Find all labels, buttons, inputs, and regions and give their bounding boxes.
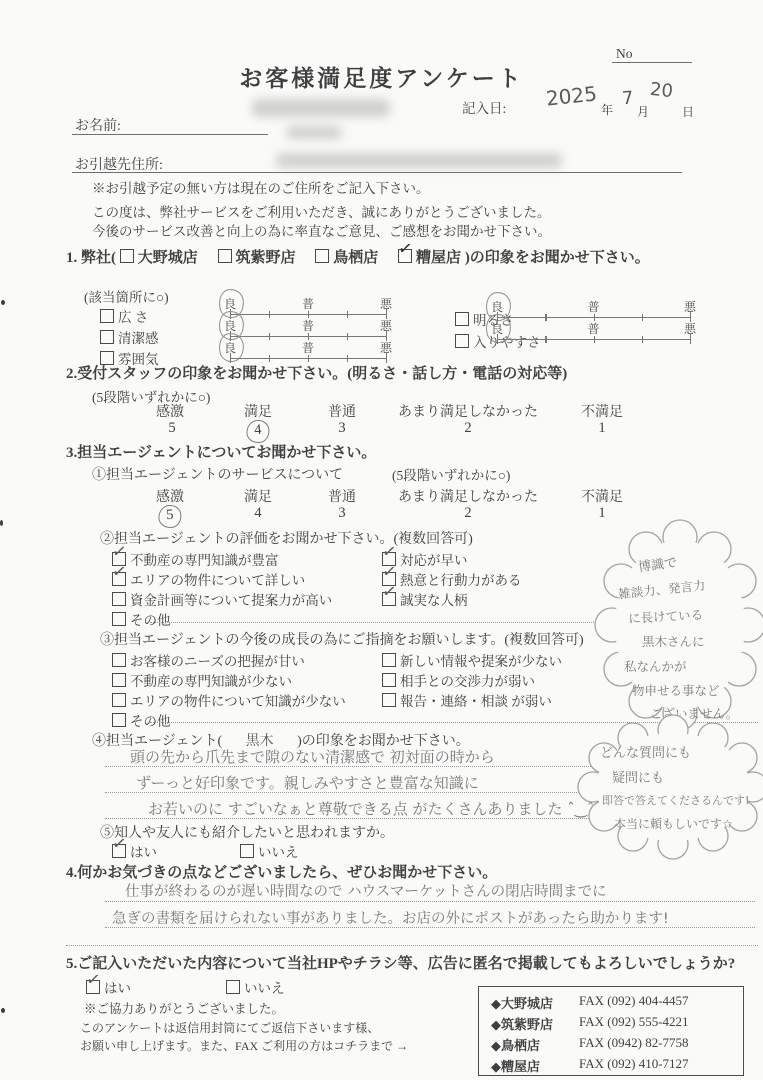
q4-answer-line-2: 急ぎの書類を届けられない事がありました。お店の外にポストがあったら助かります! (112, 907, 669, 928)
q3-s2-other: ✓その他 (112, 609, 171, 629)
redacted-name-2 (286, 126, 342, 139)
date-day-handwriting: 20 (649, 79, 674, 102)
q3-s3-right-1: ✓相手との交渉力が弱い (382, 670, 535, 690)
section-divider (66, 945, 758, 946)
cloud-outline (578, 712, 763, 867)
q3-s3-other: ✓その他 (112, 710, 171, 730)
q3-s5-no: ✓いいえ (240, 841, 299, 861)
name-underline (72, 134, 268, 135)
checkbox: ✓ (382, 592, 396, 606)
date-year-handwriting: 2025 (545, 81, 598, 110)
fax-number-1: FAX (092) 555-4221 (579, 1014, 689, 1030)
checkbox-yes: ✓ (86, 980, 100, 994)
address-underline (72, 172, 682, 173)
q3-s5-heading: ⑤知人や友人にも紹介したいと思われますか。 (100, 822, 394, 842)
address-label: お引越先住所: (75, 154, 163, 174)
checkbox-seiketsukan: ✓ (100, 330, 114, 344)
handwritten-cloud-note-1: 博識で 雑談力、発言力 に長けている 黒木さんに 私なんかが 物申せる事など ご… (594, 520, 763, 732)
year-unit: 年 (601, 101, 613, 118)
q3-s3-left-1: ✓不動産の専門知識が少ない (112, 670, 292, 690)
checkbox: ✓ (112, 592, 126, 606)
checkbox: ✓ (382, 693, 396, 707)
scan-artifact (1, 300, 5, 305)
intro-line-1: この度は、弊社サービスをご利用いただき、誠にありがとうございました。 (92, 201, 550, 221)
thanks-note: ※ご協力ありがとうございました。 (84, 999, 284, 1017)
q3-s1-note: (5段階いずれかに○) (392, 464, 510, 484)
answer-line (105, 927, 755, 928)
q2-heading: 2.受付スタッフの印象をお聞かせ下さい。(明るさ・話し方・電話の対応等) (66, 362, 567, 383)
q5-heading: 5.ご記入いただいた内容について当社HPやチラシ等、広告に匿名で掲載してもよろし… (66, 952, 735, 973)
q3-s3-right-0: ✓新しい情報や提案が少ない (382, 650, 562, 670)
q3-s3-left-2: ✓エリアの物件について知識が少ない (112, 690, 346, 710)
address-note: ※お引越予定の無い方は現在のご住所をご記入下さい。 (92, 177, 430, 197)
fax-store-1: ◆筑紫野店 (491, 1014, 553, 1033)
checkbox-tosu: ✓ (315, 249, 329, 263)
checkbox: ✓ (112, 572, 126, 586)
page-title: お客様満足度アンケート (0, 60, 763, 93)
checkbox-onojo: ✓ (120, 249, 134, 263)
q1-note: (該当箇所に○) (84, 286, 169, 306)
fax-number-3: FAX (092) 410-7127 (579, 1056, 689, 1072)
q4-answer-line-1: 仕事が終わるのが遅い時間なので ハウスマーケットさんの閉店時間までに (125, 880, 607, 901)
cloud-outline (594, 520, 763, 732)
checkbox: ✓ (112, 693, 126, 707)
rating-scale-hairiyasusa: 良 普 悪 (497, 320, 690, 346)
fax-store-3: ◆糟屋店 (491, 1056, 540, 1075)
q1-heading-pre: 弊社( (81, 250, 116, 266)
q1-item-hirosa: ✓広 さ (100, 306, 148, 326)
q3-s1-heading: ①担当エージェントのサービスについて (92, 464, 343, 484)
checkbox: ✓ (382, 653, 396, 667)
checkbox: ✓ (112, 673, 126, 687)
q3-s2-heading: ②担当エージェントの評価をお聞かせ下さい。(複数回答可) (100, 528, 473, 548)
q3-s2-left-2: ✓資金計画等について提案力が高い (112, 589, 332, 609)
q3-heading: 3.担当エージェントについてお聞かせ下さい。 (66, 441, 376, 462)
return-note-2: お願い申し上げます。また、FAX ご利用の方はコチラまで → (80, 1037, 408, 1054)
q3-s1-selected-value: 5 (158, 505, 181, 528)
q3-s4-answer-line-3: お若いのに すごいなぁと尊敬できる点 がたくさんありました ˆ‿ˆ (148, 798, 594, 819)
fax-store-2: ◆鳥栖店 (491, 1035, 540, 1054)
checkbox-akarusa: ✓ (455, 312, 469, 326)
q3-s5-yes: ✓はい (112, 841, 157, 861)
day-unit: 日 (682, 103, 694, 120)
store-option-tosu: ✓鳥栖店 (315, 250, 378, 266)
intro-line-2: 今後のサービス改善と向上の為に率直なご意見、ご感想をお聞かせ下さい。 (92, 220, 551, 240)
q3-s4-answer-line-2: ずーっと好印象です。親しみやすさと豊富な知識に (136, 772, 479, 793)
checkbox: ✓ (112, 713, 126, 727)
q5-yes: ✓はい (86, 977, 131, 997)
month-unit: 月 (637, 103, 649, 120)
q4-heading: 4.何かお気づきの点などございましたら、ぜひお聞かせ下さい。 (66, 861, 497, 882)
redacted-name (252, 99, 390, 117)
q5-no: ✓いいえ (226, 977, 285, 997)
name-label: お名前: (75, 115, 121, 135)
redacted-address (276, 153, 562, 168)
date-label: 記入日: (462, 97, 506, 117)
q3-s2-right-2: ✓誠実な人柄 (382, 589, 468, 609)
q2-note: (5段階いずれかに○) (92, 386, 210, 406)
checkbox: ✓ (112, 612, 126, 626)
handwritten-cloud-note-2: どんな質問にも 疑問にも 即答で答えてくださるんです! 本当に頼もしいです☆ (578, 712, 763, 867)
checkbox: ✓ (112, 653, 126, 667)
checkbox-kasuya: ✓ (398, 249, 412, 263)
q3-s3-left-0: ✓お客様のニーズの把握が甘い (112, 650, 305, 670)
checkbox-no: ✓ (226, 980, 240, 994)
date-month-handwriting: 7 (621, 88, 634, 110)
scan-artifact (1, 1008, 5, 1013)
checkbox-chikushino: ✓ (218, 249, 232, 263)
q1-item-seiketsukan: ✓清潔感 (100, 327, 159, 347)
answer-line (105, 901, 755, 902)
checkbox-hirosa: ✓ (100, 309, 114, 323)
q1-heading: 1. 弊社( ✓大野城店 ✓筑紫野店 ✓鳥栖店 ✓糟屋店 )の印象をお聞かせ下さ… (66, 246, 650, 267)
checkbox: ✓ (382, 673, 396, 687)
q3-s2-right-1: ✓熱意と行動力がある (382, 569, 522, 589)
fax-box: ◆大野城店 FAX (092) 404-4457 ◆筑紫野店 FAX (092)… (478, 986, 744, 1076)
q1-number: 1. (66, 250, 77, 266)
checkbox-yes: ✓ (112, 844, 126, 858)
return-note-1: このアンケートは返信用封筒にてご返信下さいます様、 (80, 1019, 379, 1036)
survey-form: No お客様満足度アンケート 記入日: 2025 年 7 月 20 日 お名前:… (0, 0, 763, 1080)
fax-store-0: ◆大野城店 (491, 993, 553, 1012)
store-option-kasuya: ✓糟屋店 (398, 250, 461, 266)
fax-number-0: FAX (092) 404-4457 (579, 993, 689, 1009)
q1-heading-post: )の印象をお聞かせ下さい。 (465, 250, 650, 266)
q3-s3-heading: ③担当エージェントの今後の成長の為にご指摘をお願いします。(複数回答可) (100, 629, 584, 649)
q3-s3-right-2: ✓報告・連絡・相談 が弱い (382, 690, 552, 710)
store-option-onojo: ✓大野城店 (120, 250, 198, 266)
q3-s2-left-1: ✓エリアの物件について詳しい (112, 569, 305, 589)
checkbox-hairiyasusa: ✓ (455, 334, 469, 348)
fax-number-2: FAX (0942) 82-7758 (579, 1035, 689, 1051)
q2-selected-value: 4 (246, 420, 269, 443)
q3-s4-answer-line-1: 頭の先から爪先まで隙のない清潔感で 初対面の時から (130, 746, 495, 767)
checkbox-no: ✓ (240, 844, 254, 858)
store-option-chikushino: ✓筑紫野店 (218, 250, 296, 266)
q3-s2-left-0: ✓不動産の専門知識が豊富 (112, 549, 279, 569)
scan-artifact (0, 520, 3, 526)
